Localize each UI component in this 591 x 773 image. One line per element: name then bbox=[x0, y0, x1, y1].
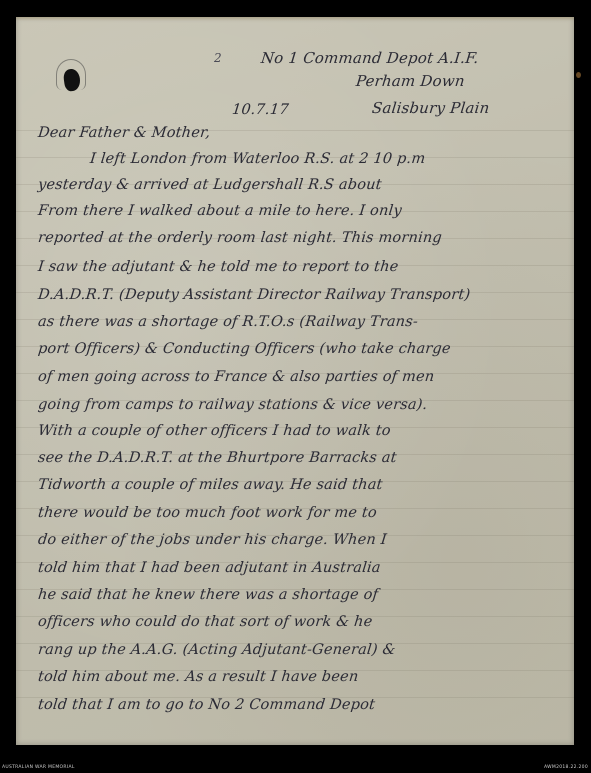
body-line: he said that he knew there was a shortag… bbox=[37, 587, 379, 603]
body-line: I saw the adjutant & he told me to repor… bbox=[37, 259, 399, 275]
body-line: do either of the jobs under his charge. … bbox=[37, 532, 387, 548]
body-line: Tidworth a couple of miles away. He said… bbox=[37, 477, 383, 493]
body-line: officers who could do that sort of work … bbox=[37, 614, 373, 630]
body-line: reported at the orderly room last night.… bbox=[37, 230, 443, 246]
address-line-2: Perham Down bbox=[355, 72, 466, 90]
body-line: as there was a shortage of R.T.O.s (Rail… bbox=[37, 314, 419, 330]
body-line: there would be too much foot work for me… bbox=[37, 505, 378, 521]
letter-page: 2 No 1 Command Depot A.I.F. Perham Down … bbox=[16, 17, 574, 745]
body-line: told him that I had been adjutant in Aus… bbox=[37, 560, 381, 576]
body-line: of men going across to France & also par… bbox=[37, 369, 435, 385]
body-line: going from camps to railway stations & v… bbox=[37, 397, 428, 413]
body-line: With a couple of other officers I had to… bbox=[37, 423, 391, 439]
salutation: Dear Father & Mother, bbox=[37, 125, 211, 141]
body-line: see the D.A.D.R.T. at the Bhurtpore Barr… bbox=[37, 450, 397, 466]
address-line-1: No 1 Command Depot A.I.F. bbox=[260, 49, 480, 67]
body-line: From there I walked about a mile to here… bbox=[37, 203, 402, 219]
top-mark: 2 bbox=[214, 51, 222, 65]
stain-spot bbox=[576, 72, 581, 78]
body-line: port Officers) & Conducting Officers (wh… bbox=[37, 341, 451, 357]
letter-date: 10.7.17 bbox=[231, 102, 289, 118]
body-line: I left London from Waterloo R.S. at 2 10… bbox=[89, 151, 426, 167]
body-line: told that I am to go to No 2 Command Dep… bbox=[37, 697, 376, 713]
archive-reference: AWM2018.22.200 bbox=[544, 765, 588, 770]
archive-credit: AUSTRALIAN WAR MEMORIAL bbox=[2, 765, 75, 770]
body-line: D.A.D.R.T. (Deputy Assistant Director Ra… bbox=[37, 287, 471, 303]
body-line: told him about me. As a result I have be… bbox=[37, 669, 359, 685]
body-line: yesterday & arrived at Ludgershall R.S a… bbox=[37, 177, 382, 193]
body-line: rang up the A.A.G. (Acting Adjutant-Gene… bbox=[37, 642, 396, 658]
address-line-3: Salisbury Plain bbox=[371, 99, 490, 117]
